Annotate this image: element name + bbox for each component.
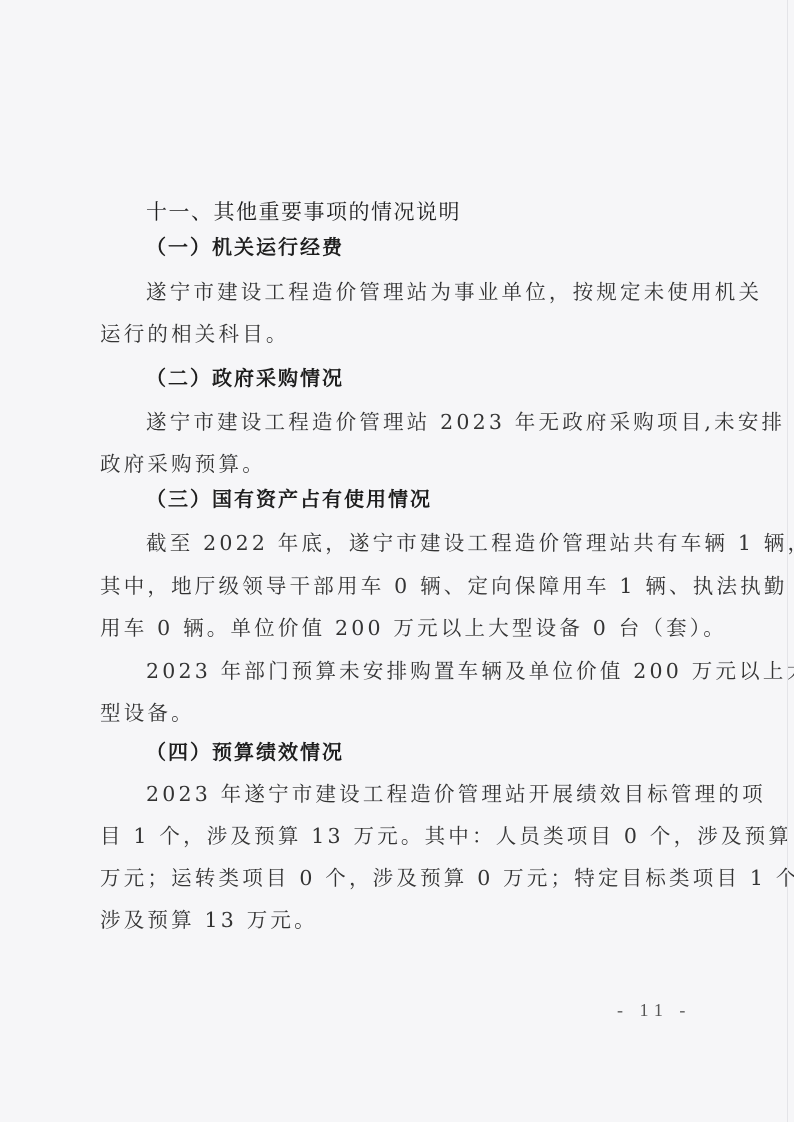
paragraph-line: 2023 年部门预算未安排购置车辆及单位价值 200 万元以上大 [146, 657, 794, 685]
paragraph-line: 截至 2022 年底，遂宁市建设工程造价管理站共有车辆 1 辆， [146, 529, 794, 557]
subsection-heading-4: （四）预算绩效情况 [146, 738, 344, 766]
paragraph-line: 目 1 个，涉及预算 13 万元。其中：人员类项目 0 个，涉及预算 0 [100, 822, 794, 850]
section-title: 十一、其他重要事项的情况说明 [146, 198, 461, 226]
paragraph-line: 政府采购预算。 [100, 450, 266, 478]
paragraph-line: 万元；运转类项目 0 个，涉及预算 0 万元；特定目标类项目 1 个， [100, 864, 794, 892]
subsection-heading-3: （三）国有资产占有使用情况 [146, 485, 432, 513]
paragraph-line: 遂宁市建设工程造价管理站为事业单位，按规定未使用机关 [146, 278, 762, 306]
paragraph-line: 运行的相关科目。 [100, 320, 290, 348]
subsection-heading-2: （二）政府采购情况 [146, 364, 344, 392]
paragraph-line: 遂宁市建设工程造价管理站 2023 年无政府采购项目,未安排 [146, 408, 785, 436]
paragraph-line: 涉及预算 13 万元。 [100, 906, 318, 934]
document-page: 十一、其他重要事项的情况说明 （一）机关运行经费 遂宁市建设工程造价管理站为事业… [0, 0, 794, 1122]
paragraph-line: 型设备。 [100, 699, 195, 727]
paragraph-line: 用车 0 辆。单位价值 200 万元以上大型设备 0 台（套）。 [100, 614, 727, 642]
page-number: - 11 - [617, 1000, 691, 1021]
scan-edge-divider [787, 0, 788, 1122]
paragraph-line: 其中，地厅级领导干部用车 0 辆、定向保障用车 1 辆、执法执勤 [100, 572, 788, 600]
subsection-heading-1: （一）机关运行经费 [146, 233, 344, 261]
paragraph-line: 2023 年遂宁市建设工程造价管理站开展绩效目标管理的项 [146, 780, 766, 808]
